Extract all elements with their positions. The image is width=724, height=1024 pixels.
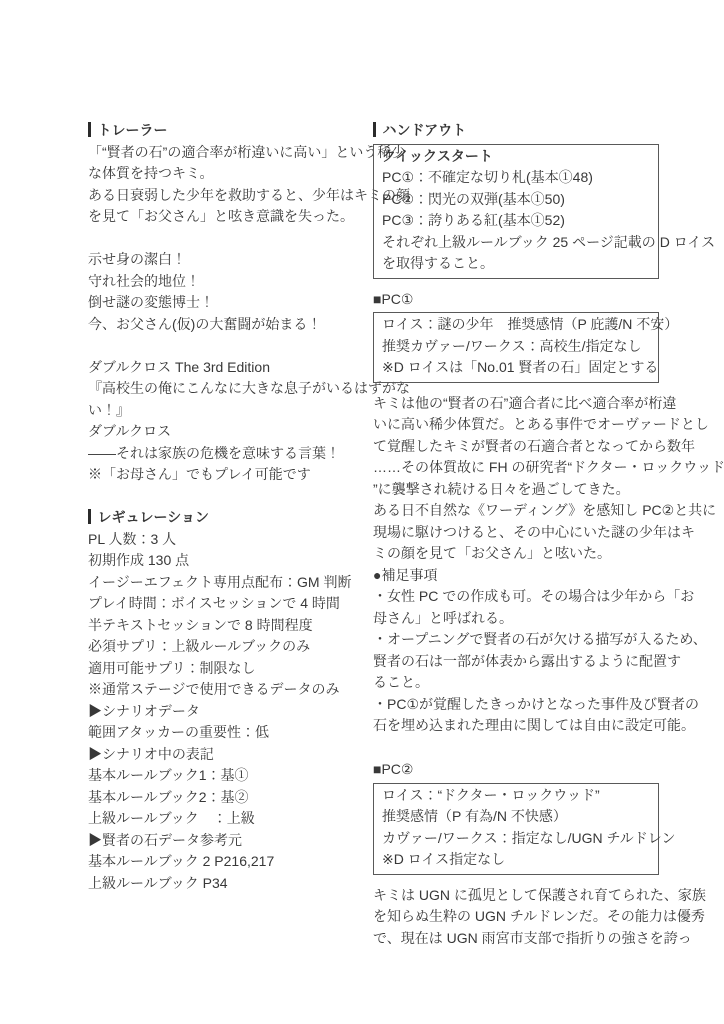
text-line: PL 人数：3 人 bbox=[88, 529, 362, 551]
text-line: 母さん」と呼ばれる。 bbox=[373, 608, 659, 630]
text-line: PC②：閃光の双弾(基本①50) bbox=[382, 189, 650, 211]
header-bar-icon bbox=[88, 122, 91, 137]
pc1-body: キミは他の“賢者の石”適合者に比べ適合率が桁違いに高い稀少体質だ。とある事件でオ… bbox=[373, 393, 659, 565]
text-line: キミは他の“賢者の石”適合者に比べ適合率が桁違 bbox=[373, 393, 659, 415]
text-line: ること。 bbox=[373, 672, 659, 694]
text-line: ロイス：“ドクター・ロックウッド” bbox=[382, 785, 650, 807]
text-line: を知らぬ生粋の UGN チルドレンだ。その能力は優秀 bbox=[373, 906, 659, 928]
text-line: を見て「お父さん」と呟き意識を失った。 bbox=[88, 206, 362, 228]
text-line: 必須サプリ：上級ルールブックのみ bbox=[88, 636, 362, 658]
text-line: 半テキストセッションで 8 時間程度 bbox=[88, 615, 362, 637]
text-line: ミの顔を見て「お父さん」と呟いた。 bbox=[373, 543, 659, 565]
text-line: 現場に駆けつけると、その中心にいた謎の少年はキ bbox=[373, 522, 659, 544]
text-line: ある日衰弱した少年を救助すると、少年はキミの顔 bbox=[88, 185, 362, 207]
text-line: ※D ロイス指定なし bbox=[382, 849, 650, 871]
text-line: ――それは家族の危機を意味する言葉！ bbox=[88, 443, 362, 465]
right-column: ハンドアウト クイックスタート PC①：不確定な切り札(基本①48)PC②：閃光… bbox=[373, 120, 659, 949]
text-line: 初期作成 130 点 bbox=[88, 550, 362, 572]
text-line: ロイス：謎の少年 推奨感情（P 庇護/N 不安） bbox=[382, 314, 650, 336]
text-line: ……その体質故に FH の研究者“ドクター・ロックウッド bbox=[373, 457, 659, 479]
pc1-box: ロイス：謎の少年 推奨感情（P 庇護/N 不安）推奨カヴァー/ワークス：高校生/… bbox=[373, 312, 659, 383]
text-line: 倒せ謎の変態博士！ bbox=[88, 292, 362, 314]
trailer-paragraph-1: 「“賢者の石”の適合率が桁違いに高い」という稀少な体質を持つキミ。ある日衰弱した… bbox=[88, 142, 362, 228]
text-line: ある日不自然な《ワーディング》を感知し PC②と共に bbox=[373, 500, 659, 522]
text-line: ※D ロイスは「No.01 賢者の石」固定とする bbox=[382, 357, 650, 379]
pc2-body: キミは UGN に孤児として保護され育てられた、家族を知らぬ生粋の UGN チル… bbox=[373, 885, 659, 950]
trailer-paragraph-2: 示せ身の潔白！守れ社会的地位！倒せ謎の変態博士！今、お父さん(仮)の大奮闘が始ま… bbox=[88, 249, 362, 335]
text-line: ”に襲撃され続ける日々を過ごしてきた。 bbox=[373, 479, 659, 501]
text-line: て覚醒したキミが賢者の石適合者となってから数年 bbox=[373, 436, 659, 458]
pc2-header: ■PC② bbox=[373, 759, 659, 781]
handout-header-label: ハンドアウト bbox=[383, 122, 467, 138]
handout-section-header: ハンドアウト bbox=[373, 120, 659, 142]
text-line: 推奨カヴァー/ワークス：高校生/指定なし bbox=[382, 336, 650, 358]
text-line: カヴァー/ワークス：指定なし/UGN チルドレン bbox=[382, 828, 650, 850]
paragraph-gap bbox=[88, 486, 362, 508]
text-line: 守れ社会的地位！ bbox=[88, 271, 362, 293]
text-line: 石を埋め込まれた理由に関しては自由に設定可能。 bbox=[373, 715, 659, 737]
text-line: プレイ時間：ボイスセッションで 4 時間 bbox=[88, 593, 362, 615]
trailer-section-header: トレーラー bbox=[88, 120, 362, 142]
text-line: 基本ルールブック 2 P216,217 bbox=[88, 851, 362, 873]
regulation-section-header: レギュレーション bbox=[88, 507, 362, 529]
quickstart-box-lines: PC①：不確定な切り札(基本①48)PC②：閃光の双弾(基本①50)PC③：誇り… bbox=[382, 167, 650, 275]
text-line: い！』 bbox=[88, 400, 362, 422]
text-line: 上級ルールブック ：上級 bbox=[88, 808, 362, 830]
header-bar-icon bbox=[373, 122, 376, 137]
text-line: な体質を持つキミ。 bbox=[88, 163, 362, 185]
pc1-notes: ・女性 PC での作成も可。その場合は少年から「お母さん」と呼ばれる。・オープニ… bbox=[373, 586, 659, 737]
text-line: 「“賢者の石”の適合率が桁違いに高い」という稀少 bbox=[88, 142, 362, 164]
text-line: 『高校生の俺にこんなに大きな息子がいるはずがな bbox=[88, 378, 362, 400]
text-line: PC①：不確定な切り札(基本①48) bbox=[382, 167, 650, 189]
text-line: 示せ身の潔白！ bbox=[88, 249, 362, 271]
text-line: ▶シナリオデータ bbox=[88, 701, 362, 723]
text-line: を取得すること。 bbox=[382, 253, 650, 275]
quickstart-box-title: クイックスタート bbox=[382, 146, 650, 168]
text-line: で、現在は UGN 雨宮市支部で指折りの強さを誇っ bbox=[373, 928, 659, 950]
paragraph-gap bbox=[88, 228, 362, 250]
text-line: PC③：誇りある紅(基本①52) bbox=[382, 210, 650, 232]
regulation-header-label: レギュレーション bbox=[98, 509, 209, 525]
text-line: ▶賢者の石データ参考元 bbox=[88, 830, 362, 852]
regulation-lines: PL 人数：3 人初期作成 130 点イージーエフェクト専用点配布：GM 判断プ… bbox=[88, 529, 362, 895]
text-line: ※通常ステージで使用できるデータのみ bbox=[88, 679, 362, 701]
text-line: 今、お父さん(仮)の大奮闘が始まる！ bbox=[88, 314, 362, 336]
text-line: 賢者の石は一部が体表から露出するように配置す bbox=[373, 651, 659, 673]
header-bar-icon bbox=[88, 509, 91, 524]
pc1-header: ■PC① bbox=[373, 289, 659, 311]
paragraph-gap bbox=[88, 335, 362, 357]
text-line: いに高い稀少体質だ。とある事件でオーヴァードとし bbox=[373, 414, 659, 436]
text-line: ・オープニングで賢者の石が欠ける描写が入るため、 bbox=[373, 629, 659, 651]
text-line: ダブルクロス The 3rd Edition bbox=[88, 357, 362, 379]
pc2-box: ロイス：“ドクター・ロックウッド”推奨感情（P 有為/N 不快感）カヴァー/ワー… bbox=[373, 783, 659, 875]
document-page: トレーラー 「“賢者の石”の適合率が桁違いに高い」という稀少な体質を持つキミ。あ… bbox=[0, 0, 724, 1024]
trailer-paragraph-3: ダブルクロス The 3rd Edition『高校生の俺にこんなに大きな息子がい… bbox=[88, 357, 362, 486]
text-line: 基本ルールブック1：基① bbox=[88, 765, 362, 787]
text-line: それぞれ上級ルールブック 25 ページ記載の D ロイス bbox=[382, 232, 650, 254]
text-line: キミは UGN に孤児として保護され育てられた、家族 bbox=[373, 885, 659, 907]
text-line: ダブルクロス bbox=[88, 421, 362, 443]
text-line: ※「お母さん」でもプレイ可能です bbox=[88, 464, 362, 486]
text-line: イージーエフェクト専用点配布：GM 判断 bbox=[88, 572, 362, 594]
text-line: 適用可能サプリ：制限なし bbox=[88, 658, 362, 680]
text-line: 推奨感情（P 有為/N 不快感） bbox=[382, 806, 650, 828]
text-line: 基本ルールブック2：基② bbox=[88, 787, 362, 809]
trailer-header-label: トレーラー bbox=[98, 122, 168, 138]
text-line: 範囲アタッカーの重要性：低 bbox=[88, 722, 362, 744]
text-line: 上級ルールブック P34 bbox=[88, 873, 362, 895]
paragraph-gap bbox=[373, 737, 659, 759]
quickstart-box: クイックスタート PC①：不確定な切り札(基本①48)PC②：閃光の双弾(基本①… bbox=[373, 144, 659, 279]
text-line: ▶シナリオ中の表記 bbox=[88, 744, 362, 766]
text-line: ・PC①が覚醒したきっかけとなった事件及び賢者の bbox=[373, 694, 659, 716]
text-line: ・女性 PC での作成も可。その場合は少年から「お bbox=[373, 586, 659, 608]
pc1-notes-header: ●補足事項 bbox=[373, 565, 659, 587]
left-column: トレーラー 「“賢者の石”の適合率が桁違いに高い」という稀少な体質を持つキミ。あ… bbox=[88, 120, 362, 894]
